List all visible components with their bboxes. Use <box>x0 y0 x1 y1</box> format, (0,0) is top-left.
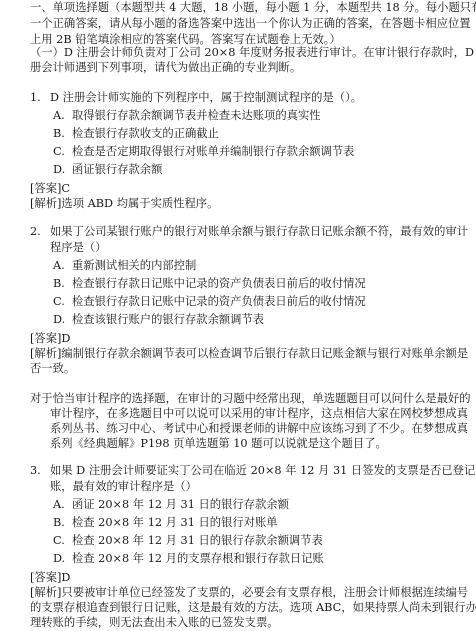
question-text: 程序是（） <box>50 240 107 255</box>
option-text: 检查 20×8 年 12 月 31 日的银行存款余额调节表 <box>72 533 323 548</box>
option-text: 函证银行存款余额 <box>72 162 162 177</box>
option-text: 检查是否定期取得银行对账单并编制银行存款余额调节表 <box>72 144 354 159</box>
analysis-text: 理转账的手续，则无法查出未入账的已签发支票。 <box>30 615 279 630</box>
commentary-line: 系列丛书、练习中心、考试中心和授课老师的讲解中应该练习到了不少。在梦想成真 <box>50 421 468 436</box>
option-text: 检查银行存款日记账中记录的资产负债表日前后的收付情况 <box>72 276 366 291</box>
question-text: 账，最有效的审计程序是（） <box>50 479 197 494</box>
option-letter: A. <box>53 108 65 123</box>
option-letter: B. <box>53 126 65 141</box>
commentary-line: 系列《经典题解》P198 页单选题第 10 题可以说就是这个题目了。 <box>50 436 387 451</box>
question-number: 2. <box>30 224 41 239</box>
option-letter: C. <box>53 144 65 159</box>
analysis-text: 否一致。 <box>30 361 75 376</box>
question-number: 1. <box>30 90 41 105</box>
option-letter: A. <box>53 258 65 273</box>
question-text: 如果丁公司某银行账户的银行对账单余额与银行存款日记账余额不符，最有效的审计 <box>50 224 468 239</box>
analysis-text: 的支票存根追查到银行日记账，这是最有效的方法。选项 ABC，如果持票人尚未到银行… <box>30 600 476 615</box>
option-text: 取得银行存款余额调节表并检查未达账项的真实性 <box>72 108 321 123</box>
intro-line: 一个正确答案，请从每小题的备选答案中选出一个你认为正确的答案，在答题卡相应位置 <box>30 16 471 31</box>
intro-line: 一、单项选择题（本题型共 4 大题，18 小题，每小题 1 分，本题型共 18 … <box>30 0 476 15</box>
analysis-text: [解析]只要被审计单位已经签发了支票的，必要会有支票存根，注册会计师根据连续编号 <box>30 585 468 600</box>
analysis-text: [解析]选项 ABD 均属于实质性程序。 <box>30 196 218 211</box>
option-text: 检查银行存款收支的正确截止 <box>72 126 219 141</box>
question-text: D 注册会计师实施的下列程序中，属于控制测试程序的是（）。 <box>50 90 362 105</box>
option-letter: D. <box>53 551 65 566</box>
option-text: 检查 20×8 年 12 月 31 日的银行对账单 <box>72 515 278 530</box>
answer-label: [答案]D <box>30 570 70 585</box>
option-text: 重新测试相关的内部控制 <box>72 258 196 273</box>
intro-line: （一）D 注册会计师负责对丁公司 20×8 年度财务报表进行审计。在审计银行存款… <box>30 45 476 60</box>
option-text: 检查银行存款日记账中记录的资产负债表日前后的收付情况 <box>72 294 366 309</box>
option-text: 检查 20×8 年 12 月的支票存根和银行存款日记账 <box>72 551 324 566</box>
option-letter: C. <box>53 294 65 309</box>
question-text: 如果 D 注册会计师要证实丁公司在临近 20×8 年 12 月 31 日签发的支… <box>50 463 476 478</box>
option-letter: D. <box>53 162 65 177</box>
intro-line: 册会计师遇到下列事项，请代为做出正确的专业判断。 <box>30 60 301 75</box>
document-page: 一、单项选择题（本题型共 4 大题，18 小题，每小题 1 分，本题型共 18 … <box>0 0 476 631</box>
answer-label: [答案]C <box>30 181 70 196</box>
option-letter: B. <box>53 515 65 530</box>
option-letter: B. <box>53 276 65 291</box>
analysis-text: [解析]编制银行存款余额调节表可以检查调节后银行存款日记账金额与银行对账单余额是 <box>30 346 468 361</box>
option-text: 函证 20×8 年 12 月 31 日的银行存款余额 <box>72 497 289 512</box>
commentary-line: 对于恰当审计程序的选择题，在审计的习题中经常出现，单选题题目可以问什么是最好的 <box>30 391 471 406</box>
option-letter: C. <box>53 533 65 548</box>
commentary-line: 审计程序，在多选题目中可以说可以采用的审计程序，这点相信大家在网校梦想成真 <box>50 406 468 421</box>
option-letter: A. <box>53 497 65 512</box>
option-text: 检查该银行账户的银行存款余额调节表 <box>72 312 264 327</box>
option-letter: D. <box>53 312 65 327</box>
answer-label: [答案]D <box>30 331 70 346</box>
question-number: 3. <box>30 463 41 478</box>
